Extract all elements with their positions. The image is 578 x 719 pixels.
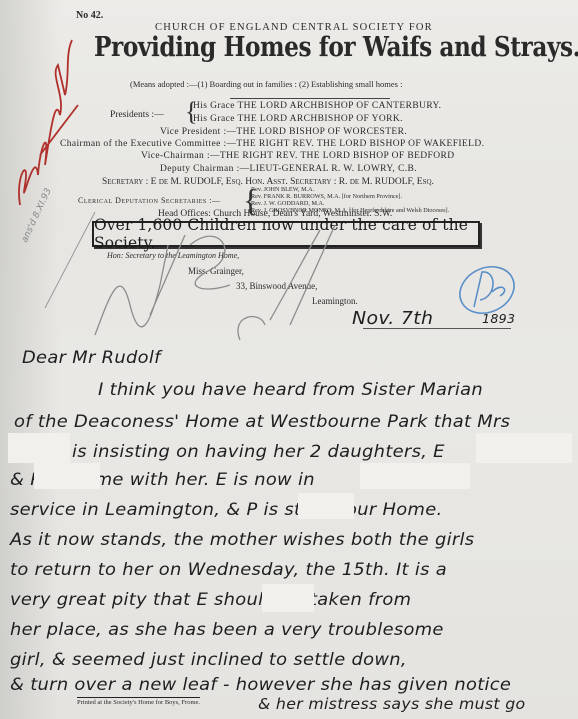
pencil-slash-icon	[40, 210, 100, 310]
president-1: His Grace THE LORD ARCHBISHOP OF CANTERB…	[193, 101, 441, 111]
clerical-secretary: Rev. JOHN BLEW, M.A.	[251, 186, 449, 193]
date-underline	[363, 328, 511, 329]
letter-line: & her mistress says she must go	[258, 695, 526, 713]
letterhead-title: Providing Homes for Waifs and Strays.	[94, 32, 578, 63]
clerical-secretaries-label: Clerical Deputation Secretaries :—	[78, 196, 221, 205]
redacted-name	[262, 584, 314, 612]
letter-line: I think you have heard from Sister Maria…	[98, 380, 483, 400]
letter-line: to return to her on Wednesday, the 15th.…	[10, 560, 447, 580]
president-2: His Grace THE LORD ARCHBISHOP OF YORK.	[193, 114, 403, 124]
letter-line: girl, & seemed just inclined to settle d…	[10, 650, 407, 670]
pencil-scribble-icon	[90, 225, 350, 345]
redacted-name	[476, 433, 572, 463]
vice-president: Vice President :—THE LORD BISHOP OF WORC…	[160, 127, 407, 137]
letter-page: No 42. CHURCH OF ENGLAND CENTRAL SOCIETY…	[0, 0, 578, 719]
letter-line: & turn over a new leaf - however she has…	[10, 675, 511, 695]
letter-line: her place, as she has been a very troubl…	[10, 620, 444, 640]
letter-line: As it now stands, the mother wishes both…	[10, 530, 474, 550]
letter-year: 1893	[482, 312, 515, 326]
letter-line: very great pity that E should be taken f…	[10, 590, 411, 610]
redacted-name	[8, 433, 70, 463]
clerical-secretary: Rev. FRANK R. BURROWS, M.A. [for Norther…	[251, 193, 449, 200]
presidents-label: Presidents :—	[110, 110, 164, 120]
chairman: Chairman of the Executive Committee :—TH…	[60, 139, 484, 149]
salutation: Dear Mr Rudolf	[22, 348, 161, 368]
letter-line: of the Deaconess' Home at Westbourne Par…	[14, 412, 510, 432]
deputy-chairman: Deputy Chairman :—LIEUT-GENERAL R. W. LO…	[160, 164, 417, 174]
red-signature-icon	[10, 35, 80, 210]
clerical-secretary: Rev. J. W. GODDARD, M.A.	[251, 200, 449, 207]
redacted-name	[298, 493, 354, 519]
letter-line: service in Leamington, & P is still in o…	[10, 500, 443, 520]
letter-date: Nov. 7th	[352, 308, 433, 329]
vice-chairman: Vice-Chairman :—THE RIGHT REV. THE LORD …	[141, 151, 454, 161]
divider	[230, 98, 390, 99]
redacted-name	[360, 463, 470, 489]
means-adopted: (Means adopted :—(1) Boarding out in fam…	[130, 79, 402, 89]
document-number: No 42.	[76, 10, 103, 21]
printer-imprint: Printed at the Society's Home for Boys, …	[77, 697, 200, 706]
redacted-name	[34, 463, 100, 489]
letter-line: is insisting on having her 2 daughters, …	[72, 442, 445, 462]
